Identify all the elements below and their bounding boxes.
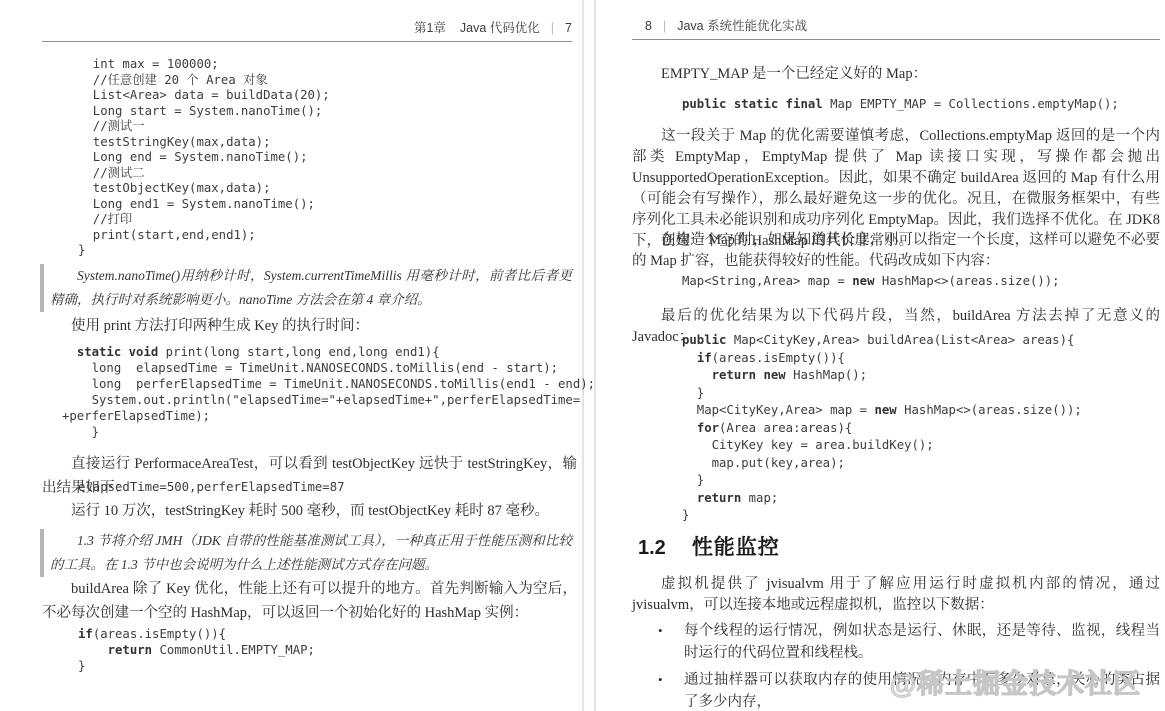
paragraph-print-method: 使用 print 方法打印两种生成 Key 的执行时间：	[42, 314, 577, 338]
code-block-print-method: static void print(long start,long end,lo…	[62, 344, 595, 440]
page-number: 8	[645, 19, 652, 33]
note-nanotime: System.nanoTime()用纳秒计时，System.currentTim…	[40, 264, 572, 312]
code-block-empty-map-return: if(areas.isEmpty()){ return CommonUtil.E…	[78, 626, 315, 674]
page-number: 7	[565, 21, 572, 35]
left-page: 第1章Java 代码优化|7 int max = 100000; //任意创建 …	[40, 0, 580, 711]
chapter-title: Java 代码优化	[460, 21, 540, 35]
section-title: 性能监控	[692, 536, 780, 559]
section-heading-1-2: 1.2性能监控	[638, 531, 780, 561]
right-running-header: 8|Java 系统性能优化实战	[632, 16, 1160, 40]
code-empty-map-definition: public static final Map EMPTY_MAP = Coll…	[682, 97, 1119, 111]
left-running-header: 第1章Java 代码优化|7	[42, 18, 572, 42]
header-separator: |	[663, 19, 666, 33]
code-block-performance-test: int max = 100000; //任意创建 20 个 Area 对象 Li…	[78, 57, 330, 259]
code-output-line: elapsedTime=500,perferElapsedTime=87	[78, 479, 345, 495]
paragraph-empty-map: EMPTY_MAP 是一个已经定义好的 Map：	[632, 64, 1160, 85]
paragraph-result: 运行 10 万次，testStringKey 耗时 500 毫秒，而 testO…	[42, 499, 577, 523]
list-item: 每个线程的运行情况，例如状态是运行、休眠，还是等待、监视，线程当时运行的代码位置…	[654, 620, 1160, 664]
paragraph-buildarea-optimization: buildArea 除了 Key 优化，性能上还有可以提升的地方。首先判断输入为…	[42, 577, 577, 625]
code-block-buildarea-final: public Map<CityKey,Area> buildArea(List<…	[682, 332, 1082, 525]
paragraph-map-construction: 在构造 Map 时，如果知道其长度，则可以指定一个长度，这样可以避免不必要的 M…	[632, 230, 1160, 272]
header-separator: |	[551, 21, 554, 35]
section-number: 1.2	[638, 537, 666, 559]
code-hashmap-size: Map<String,Area> map = new HashMap<>(are…	[682, 274, 1060, 288]
watermark: @稀土掘金技术社区	[890, 662, 1141, 701]
paragraph-jvisualvm: 虚拟机提供了 jvisualvm 用于了解应用运行时虚拟机内部的情况，通过 jv…	[632, 574, 1160, 616]
note-jmh: 1.3 节将介绍 JMH（JDK 自带的性能基准测试工具），一种真正用于性能压测…	[40, 529, 572, 577]
right-page: 8|Java 系统性能优化实战 EMPTY_MAP 是一个已经定义好的 Map：…	[632, 0, 1160, 711]
book-title: Java 系统性能优化实战	[677, 19, 807, 33]
chapter-label: 第1章	[414, 21, 446, 35]
